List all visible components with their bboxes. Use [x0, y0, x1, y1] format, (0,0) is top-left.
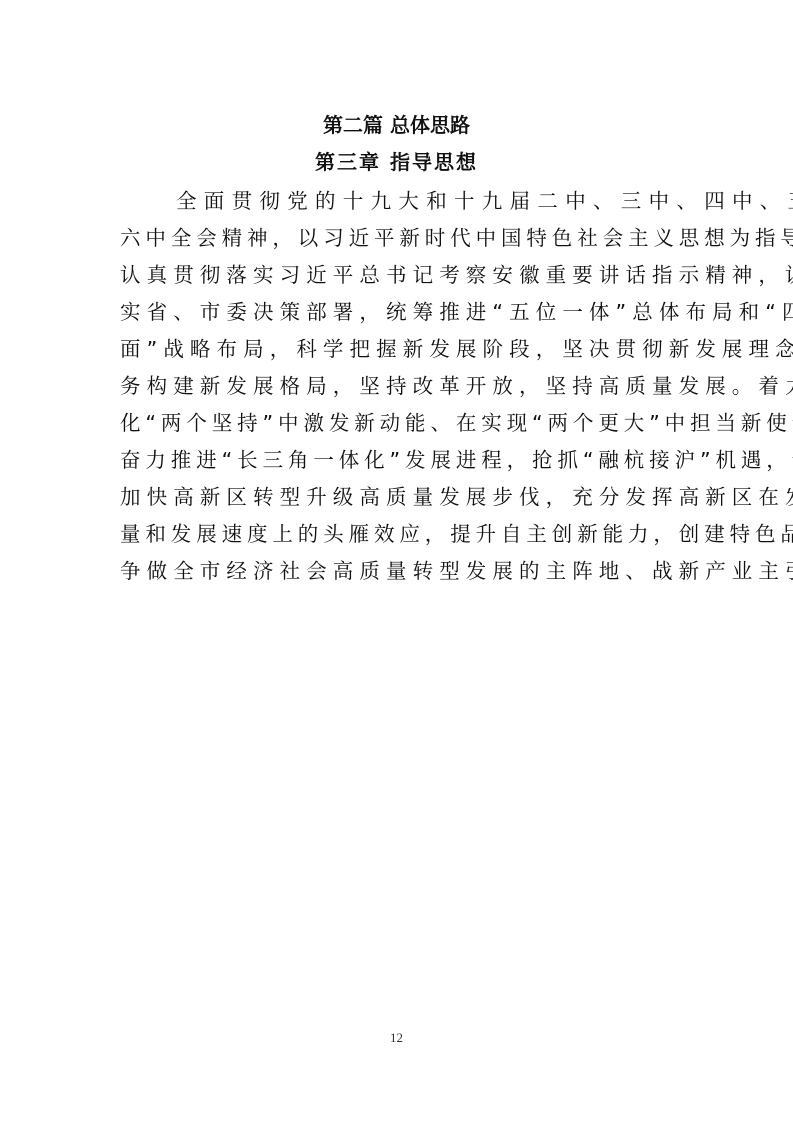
paragraph-line: 全面贯彻党的十九大和十九届二中、三中、四中、五中、 [120, 183, 680, 220]
paragraph-line: 加快高新区转型升级高质量发展步伐，充分发挥高新区在发展质 [120, 479, 680, 516]
guiding-ideology-paragraph: 全面贯彻党的十九大和十九届二中、三中、四中、五中、 六中全会精神，以习近平新时代… [120, 183, 680, 590]
paragraph-line: 奋力推进“长三角一体化”发展进程，抢抓“融杭接沪”机遇，切实 [120, 442, 680, 479]
part-title: 第二篇 总体思路 [0, 110, 793, 140]
paragraph-line: 务构建新发展格局，坚持改革开放，坚持高质量发展。着力在强 [120, 368, 680, 405]
paragraph-line: 争做全市经济社会高质量转型发展的主阵地、战新产业主引擎。 [120, 553, 680, 590]
paragraph-line: 量和发展速度上的头雁效应，提升自主创新能力，创建特色品牌， [120, 516, 680, 553]
page-number: 12 [0, 1030, 793, 1046]
paragraph-line: 面”战略布局，科学把握新发展阶段，坚决贯彻新发展理念，服 [120, 331, 680, 368]
paragraph-line: 化“两个坚持”中激发新动能、在实现“两个更大”中担当新使命， [120, 405, 680, 442]
chapter-title: 第三章 指导思想 [0, 147, 793, 177]
paragraph-line: 六中全会精神，以习近平新时代中国特色社会主义思想为指导， [120, 220, 680, 257]
paragraph-line: 实省、市委决策部署，统筹推进“五位一体”总体布局和“四个全 [120, 294, 680, 331]
paragraph-line: 认真贯彻落实习近平总书记考察安徽重要讲话指示精神，认真落 [120, 257, 680, 294]
